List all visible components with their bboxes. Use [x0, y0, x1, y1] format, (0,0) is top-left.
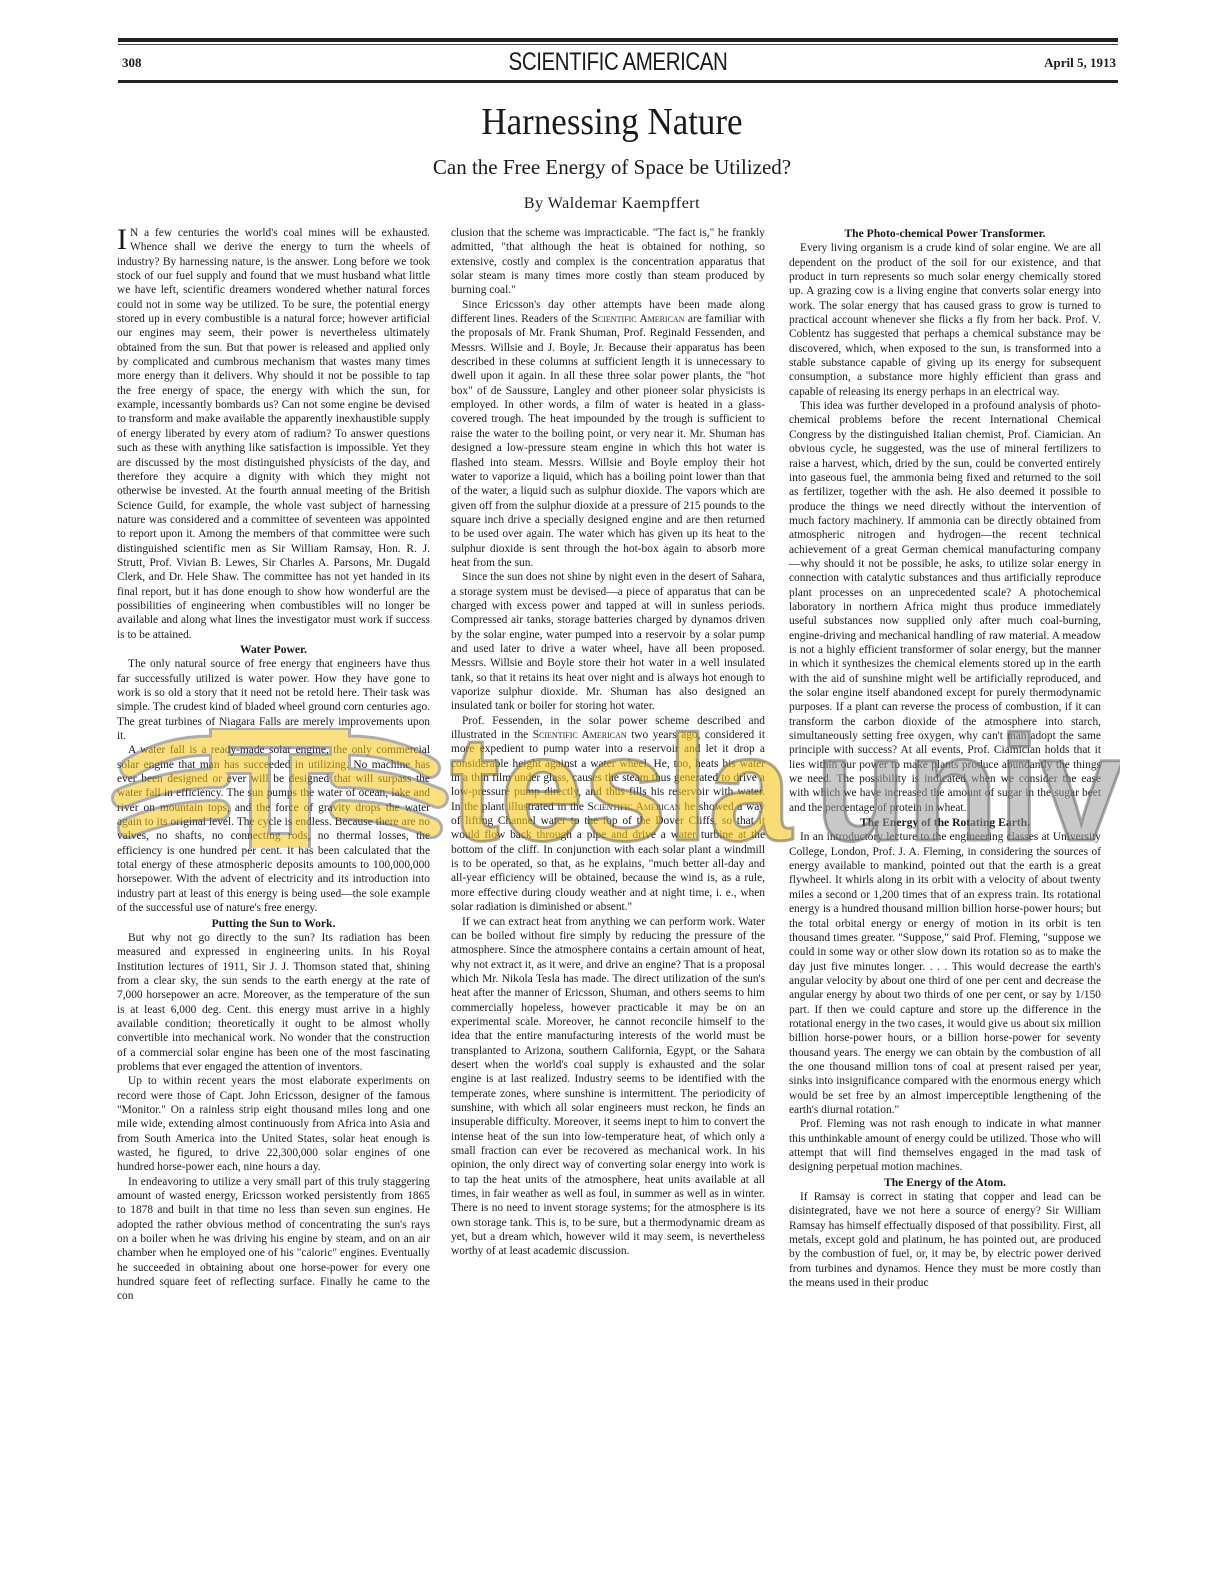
paragraph: A water fall is a ready-made solar engin…: [117, 743, 430, 915]
section-heading-water-power: Water Power.: [117, 643, 430, 657]
column-3: The Photo-chemical Power Transformer. Ev…: [789, 226, 1101, 1290]
paragraph: In an introductory lecture to the engine…: [789, 830, 1101, 1117]
section-heading-rotating-earth: The Energy of the Rotating Earth.: [789, 816, 1101, 830]
paragraph-text: are familiar with the proposals of Mr. F…: [451, 313, 765, 569]
paragraph: Prof. Fessenden, in the solar power sche…: [451, 714, 765, 915]
paragraph: Since Ericsson's day other attempts have…: [451, 298, 765, 571]
publication-reference: Scientific American: [592, 313, 685, 325]
issue-date: April 5, 1913: [1044, 55, 1116, 71]
section-heading-energy-of-atom: The Energy of the Atom.: [789, 1176, 1101, 1190]
masthead-rule-top: [118, 38, 1118, 42]
paragraph: Up to within recent years the most elabo…: [117, 1074, 430, 1174]
article-title: Harnessing Nature: [49, 100, 1175, 144]
drop-cap: I: [117, 227, 127, 253]
column-1: IN a few centuries the world's coal mine…: [117, 226, 430, 1304]
publication-reference: Scientific American: [588, 801, 681, 813]
section-heading-photo-chemical: The Photo-chemical Power Transformer.: [789, 227, 1101, 241]
paragraph: Since the sun does not shine by night ev…: [451, 570, 765, 713]
publication-reference: Scientific American: [533, 729, 627, 741]
paragraph: Prof. Fleming was not rash enough to ind…: [789, 1117, 1101, 1174]
paragraph: If we can extract heat from anything we …: [451, 915, 765, 1259]
masthead-rule-top-thin: [118, 44, 1118, 45]
page-number: 308: [122, 55, 142, 71]
publication-name: SCIENTIFIC AMERICAN: [208, 48, 1028, 77]
paragraph-text: he showed a way of lifting Channel water…: [451, 801, 765, 913]
paragraph: IN a few centuries the world's coal mine…: [117, 226, 430, 642]
paragraph: The only natural source of free energy t…: [117, 657, 430, 743]
paragraph: If Ramsay is correct in stating that cop…: [789, 1190, 1101, 1290]
masthead-rule-bottom: [118, 80, 1118, 83]
section-heading-sun-to-work: Putting the Sun to Work.: [117, 917, 430, 931]
paragraph: But why not go directly to the sun? Its …: [117, 931, 430, 1074]
paragraph: In endeavoring to utilize a very small p…: [117, 1175, 430, 1304]
article-byline: By Waldemar Kaempffert: [0, 195, 1224, 213]
paragraph: Every living organism is a crude kind of…: [789, 241, 1101, 399]
paragraph: clusion that the scheme was impracticabl…: [451, 226, 765, 298]
paragraph-text: N a few centuries the world's coal mines…: [117, 227, 430, 641]
article-subtitle: Can the Free Energy of Space be Utilized…: [0, 155, 1224, 180]
paragraph: This idea was further developed in a pro…: [789, 399, 1101, 815]
column-2: clusion that the scheme was impracticabl…: [451, 226, 765, 1259]
masthead: 308 SCIENTIFIC AMERICAN April 5, 1913: [118, 46, 1118, 80]
